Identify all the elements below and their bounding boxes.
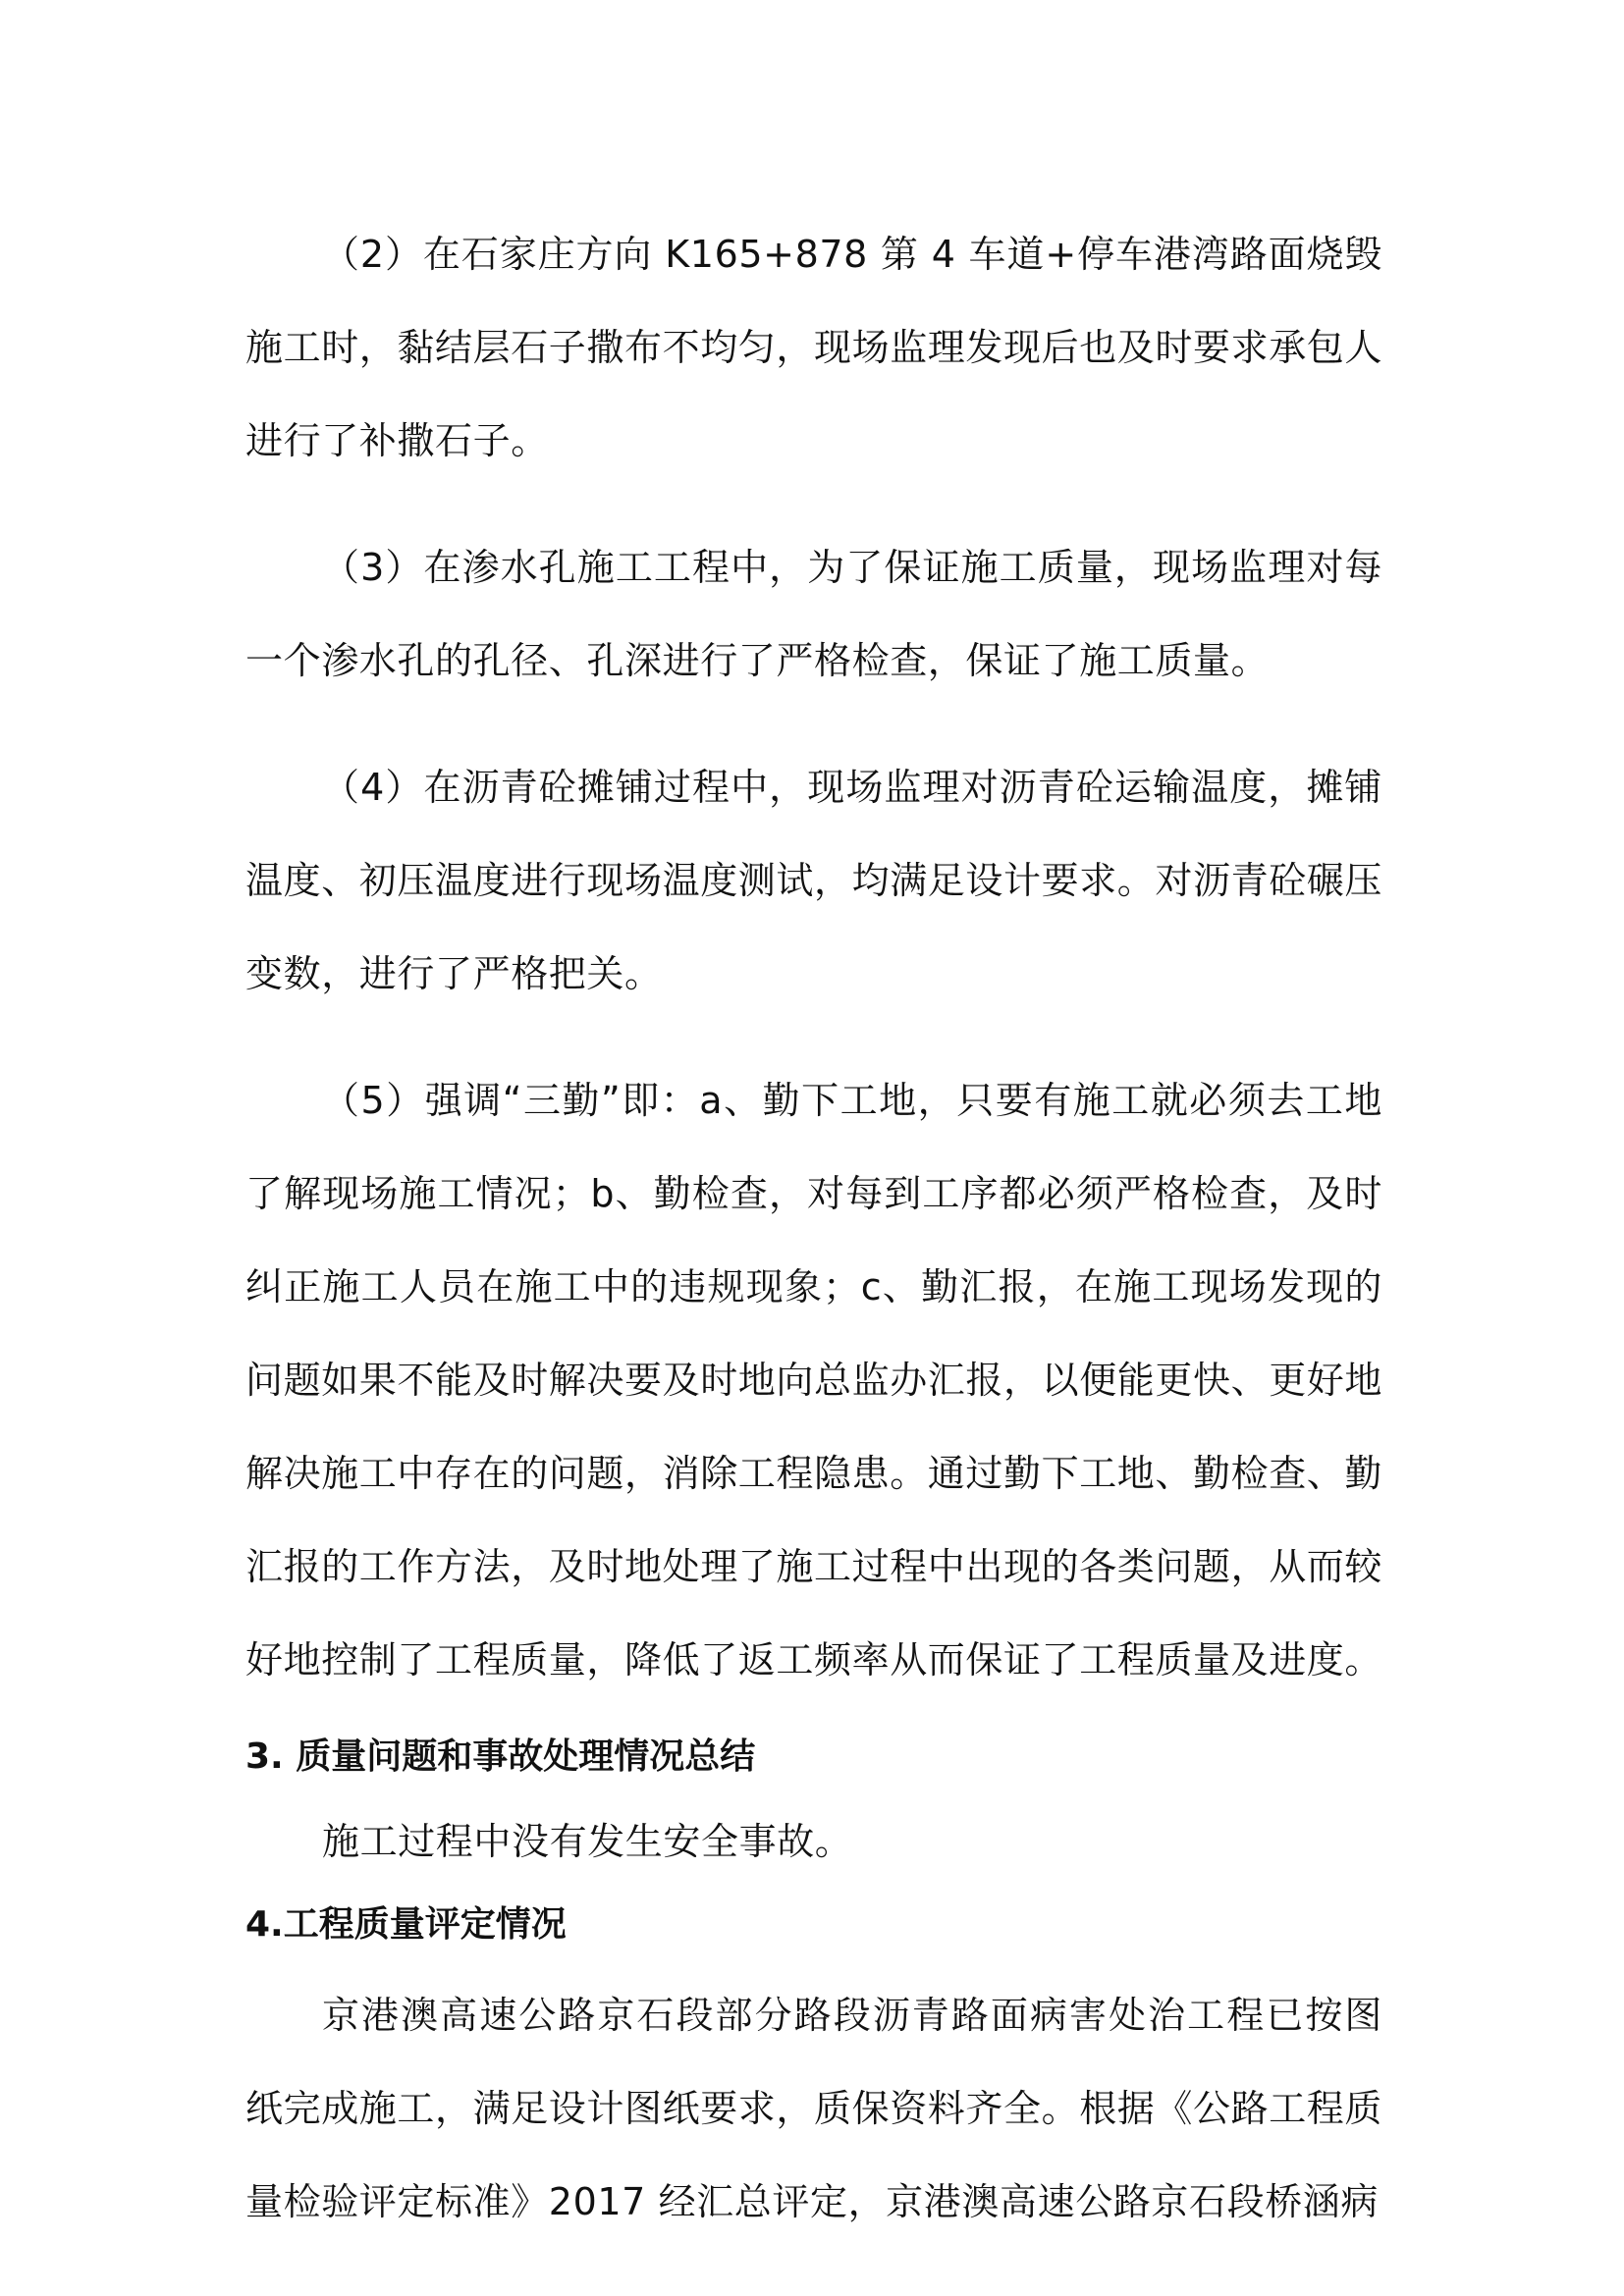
paragraph-section-3-body: 施工过程中没有发生安全事故。 bbox=[245, 1795, 1382, 1889]
section-heading-3: 3. 质量问题和事故处理情况总结 bbox=[245, 1713, 1382, 1801]
section-heading-4: 4.工程质量评定情况 bbox=[245, 1881, 1382, 1969]
paragraph-section-4-body: 京港澳高速公路京石段部分路段沥青路面病害处治工程已按图纸完成施工，满足设计图纸要… bbox=[245, 1969, 1382, 2249]
paragraph-item-3: （3）在渗水孔施工工程中，为了保证施工质量，现场监理对每一个渗水孔的孔径、孔深进… bbox=[245, 521, 1382, 708]
paragraph-item-2: （2）在石家庄方向 K165+878 第 4 车道+停车港湾路面烧毁施工时，黏结… bbox=[245, 208, 1382, 488]
paragraph-item-5: （5）强调“三勤”即：a、勤下工地，只要有施工就必须去工地了解现场施工情况；b、… bbox=[245, 1054, 1382, 1707]
paragraph-item-4: （4）在沥青砼摊铺过程中，现场监理对沥青砼运输温度，摊铺温度、初压温度进行现场温… bbox=[245, 741, 1382, 1021]
document-page: （2）在石家庄方向 K165+878 第 4 车道+停车港湾路面烧毁施工时，黏结… bbox=[245, 208, 1382, 2249]
